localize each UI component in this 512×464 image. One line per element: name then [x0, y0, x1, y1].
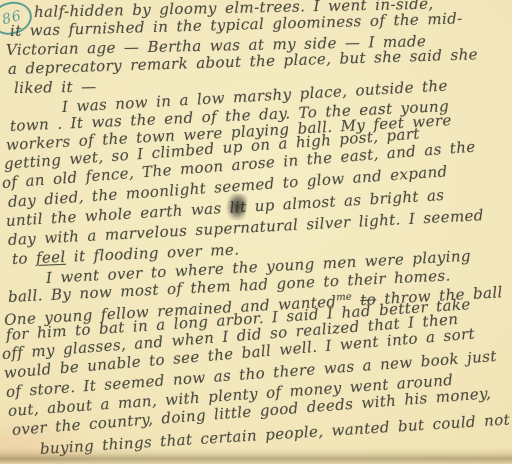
page-bottom-edge-shadow: [0, 448, 512, 464]
manuscript-page: 86 half-hidden by gloomy elm-trees. I we…: [0, 0, 512, 464]
handwriting-text: to: [12, 249, 37, 268]
manuscript-lines: half-hidden by gloomy elm-trees. I went …: [0, 3, 512, 459]
scribbled-out-word: lit: [229, 198, 247, 217]
underlined-word: feel: [36, 248, 66, 267]
handwriting-text: liked it —: [14, 78, 97, 97]
